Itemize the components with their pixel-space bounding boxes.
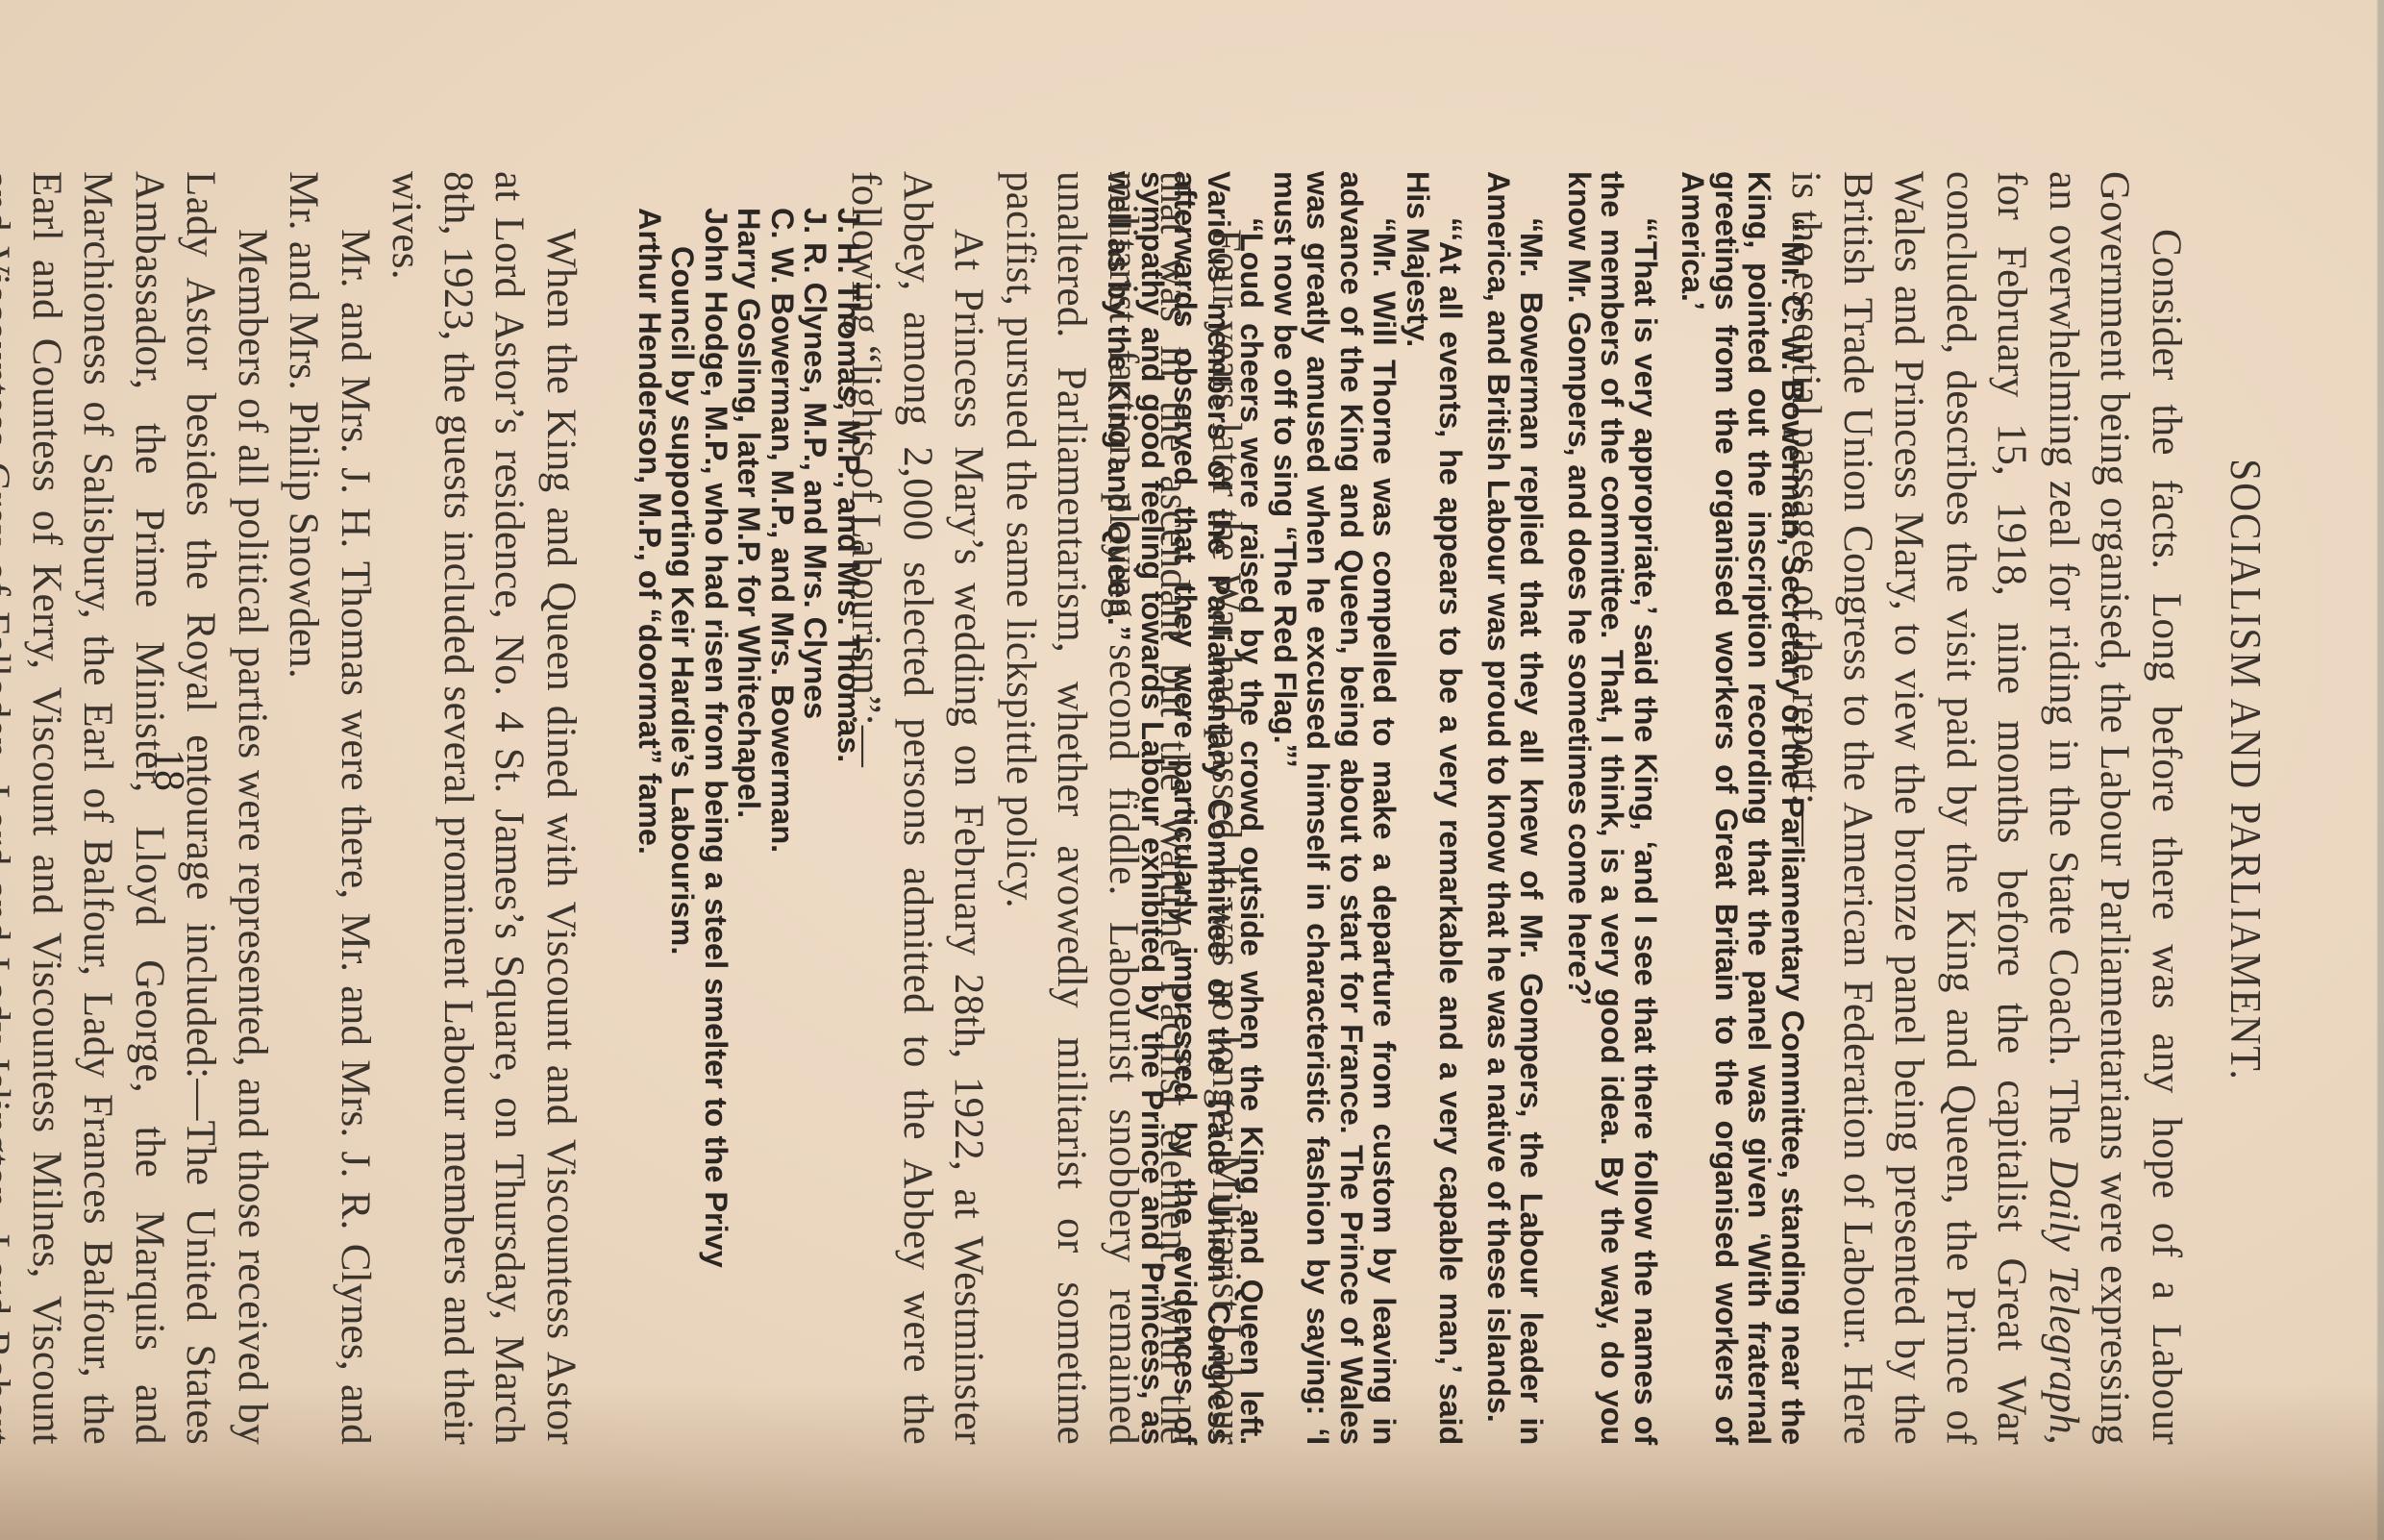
body-paragraph: Members of all political parties were re… bbox=[0, 171, 278, 1445]
page-title: SOCIALISM AND PARLIAMENT. bbox=[2221, 62, 2271, 1478]
newspaper-title: Daily Telegraph, bbox=[2041, 1158, 2086, 1445]
quote-paragraph: “Mr. Bowerman replied that they all knew… bbox=[1482, 171, 1549, 1445]
guest-list-item-continuation: Council by supporting Keir Hardie’s Labo… bbox=[666, 208, 700, 1481]
guest-list-item: Harry Gosling, later M.P. for Whitechape… bbox=[733, 208, 766, 1481]
quote-paragraph: “‘Mr. C. W. Bowerman, Secretary of the P… bbox=[1676, 171, 1809, 1445]
guest-list-item: John Hodge, M.P., who had risen from bei… bbox=[700, 208, 733, 1481]
guest-list: J. H. Thomas, M.P., and Mrs. Thomas. J. … bbox=[633, 171, 866, 1481]
quote-paragraph: “‘At all events, he appears to be a very… bbox=[1402, 171, 1468, 1445]
closing-paragraphs: When the King and Queen dined with Visco… bbox=[0, 171, 586, 1445]
guest-list-item: C. W. Bowerman, M.P., and Mrs. Bowerman. bbox=[766, 208, 800, 1481]
book-page: SOCIALISM AND PARLIAMENT. Consider the f… bbox=[0, 0, 2384, 1540]
body-paragraph: When the King and Queen dined with Visco… bbox=[381, 171, 586, 1445]
middle-paragraphs: Four years later the War had passed. It … bbox=[840, 171, 1252, 1445]
intro-paragraph-block: Consider the facts. Long before there wa… bbox=[1780, 171, 2192, 1445]
quote-paragraph: “Mr. Will Thorne was compelled to make a… bbox=[1269, 171, 1402, 1445]
page-number: 18 bbox=[145, 0, 194, 1540]
body-paragraph: Mr. and Mrs. J. H. Thomas were there, Mr… bbox=[278, 171, 381, 1445]
guest-list-item: J. R. Clynes, M.P., and Mrs. Clynes bbox=[799, 208, 832, 1481]
body-paragraph: Four years later the War had passed. It … bbox=[995, 171, 1253, 1445]
guest-list-item: J. H. Thomas, M.P., and Mrs. Thomas. bbox=[832, 208, 866, 1481]
intro-paragraph: Consider the facts. Long before there wa… bbox=[1780, 171, 2192, 1445]
quote-paragraph: “‘That is very appropriate,’ said the Ki… bbox=[1563, 171, 1663, 1445]
guest-list-item: Arthur Henderson, M.P., of “doormat” fam… bbox=[633, 208, 667, 1481]
